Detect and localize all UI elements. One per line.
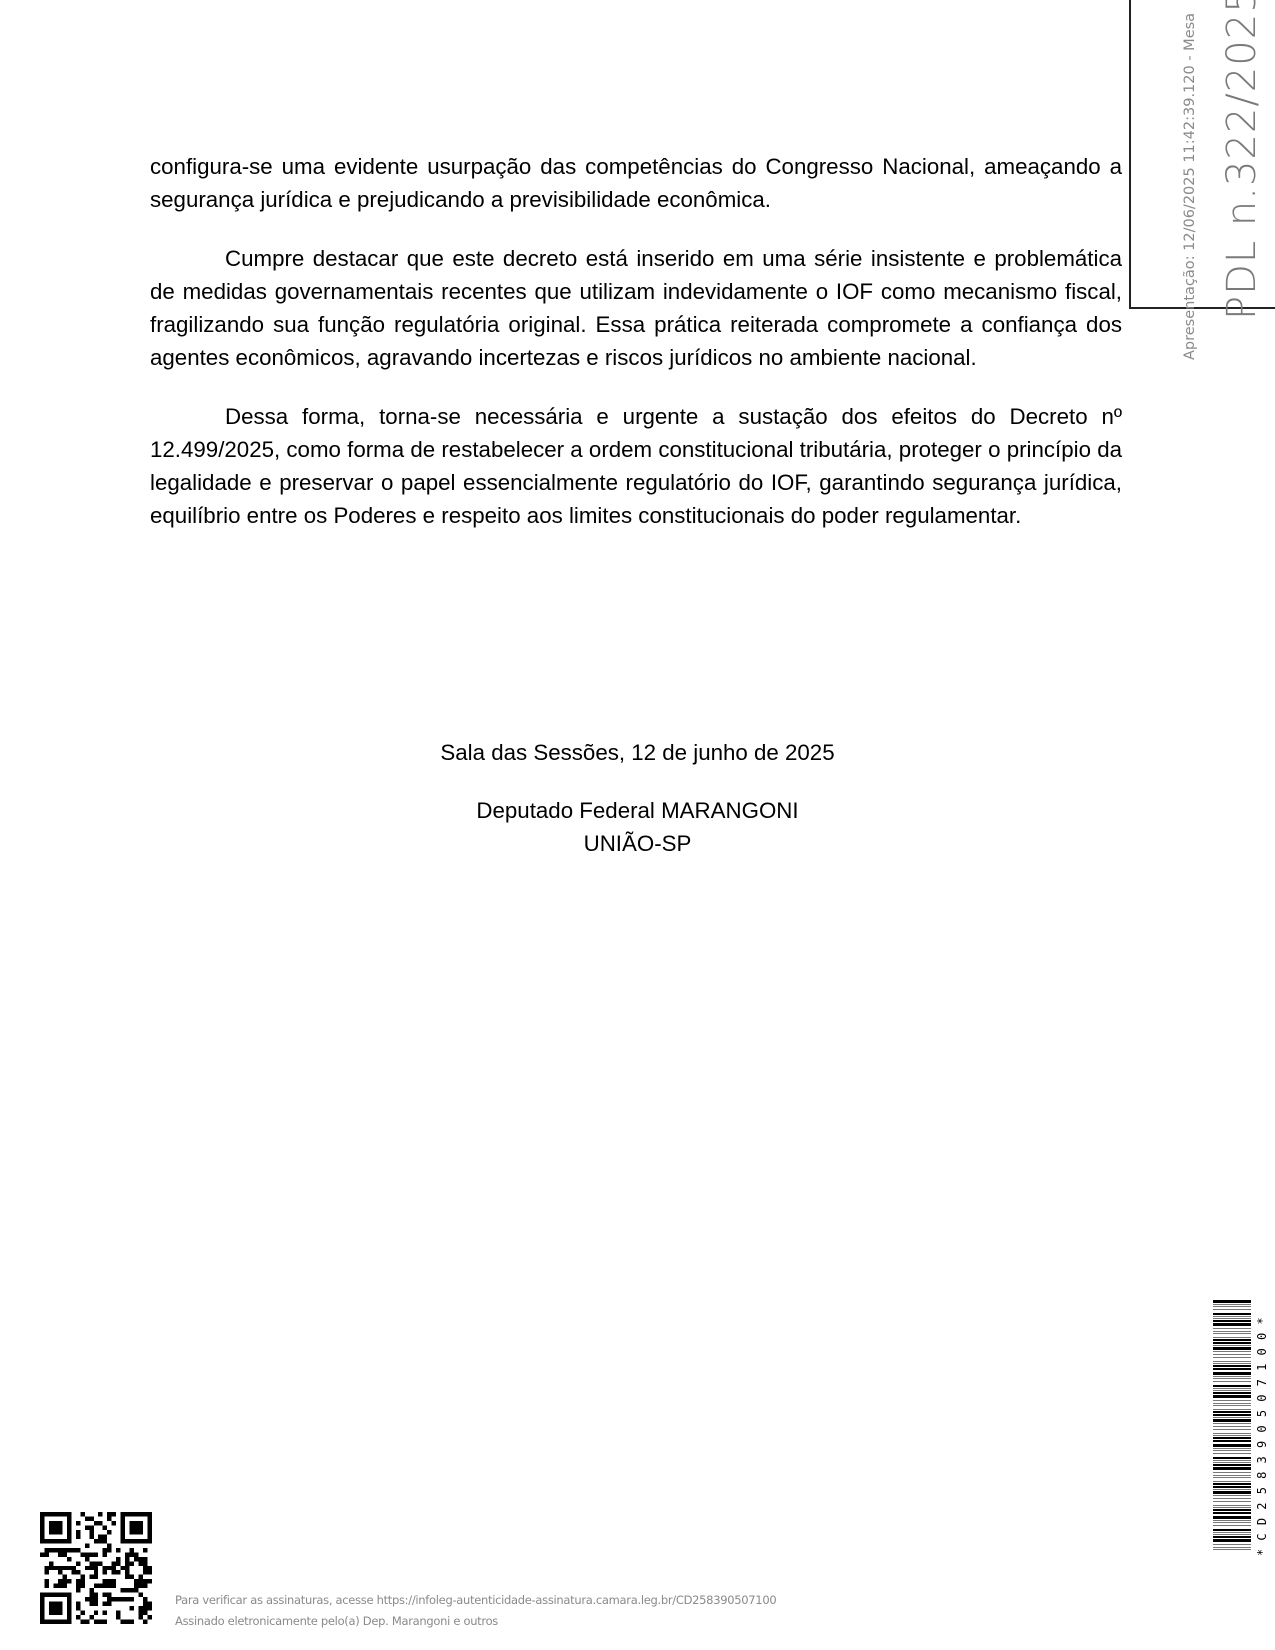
barcode-text: *CD258390507100* — [1255, 1309, 1269, 1556]
place-date: Sala das Sessões, 12 de junho de 2025 — [0, 736, 1275, 769]
paragraph-2: Cumpre destacar que este decreto está in… — [150, 242, 1122, 374]
paragraph-1: configura-se uma evidente usurpação das … — [150, 150, 1122, 216]
barcode-label: *CD258390507100* — [1255, 1300, 1271, 1556]
signed-by-text: Assinado eletronicamente pelo(a) Dep. Ma… — [175, 1611, 776, 1632]
bill-number: PDL n.322/2025 — [1219, 0, 1265, 320]
paragraph-3: Dessa forma, torna-se necessária e urgen… — [150, 400, 1122, 532]
signature-verification-note: Para verificar as assinaturas, acesse ht… — [175, 1590, 776, 1632]
barcode-icon — [1213, 1300, 1253, 1556]
presentation-timestamp: Apresentação: 12/06/2025 11:42:39.120 - … — [1182, 13, 1198, 360]
protocol-stamp-meta: Apresentação: 12/06/2025 11:42:39.120 - … — [1178, 0, 1200, 360]
document-body: configura-se uma evidente usurpação das … — [150, 150, 1122, 558]
signer-name: Deputado Federal MARANGONI — [0, 794, 1275, 827]
protocol-stamp-title: PDL n.322/2025 — [1220, 0, 1270, 320]
signature-block: Sala das Sessões, 12 de junho de 2025 De… — [0, 736, 1275, 860]
verify-link-text[interactable]: Para verificar as assinaturas, acesse ht… — [175, 1590, 776, 1611]
signer-party: UNIÃO-SP — [0, 827, 1275, 860]
qr-code-icon — [40, 1512, 152, 1624]
